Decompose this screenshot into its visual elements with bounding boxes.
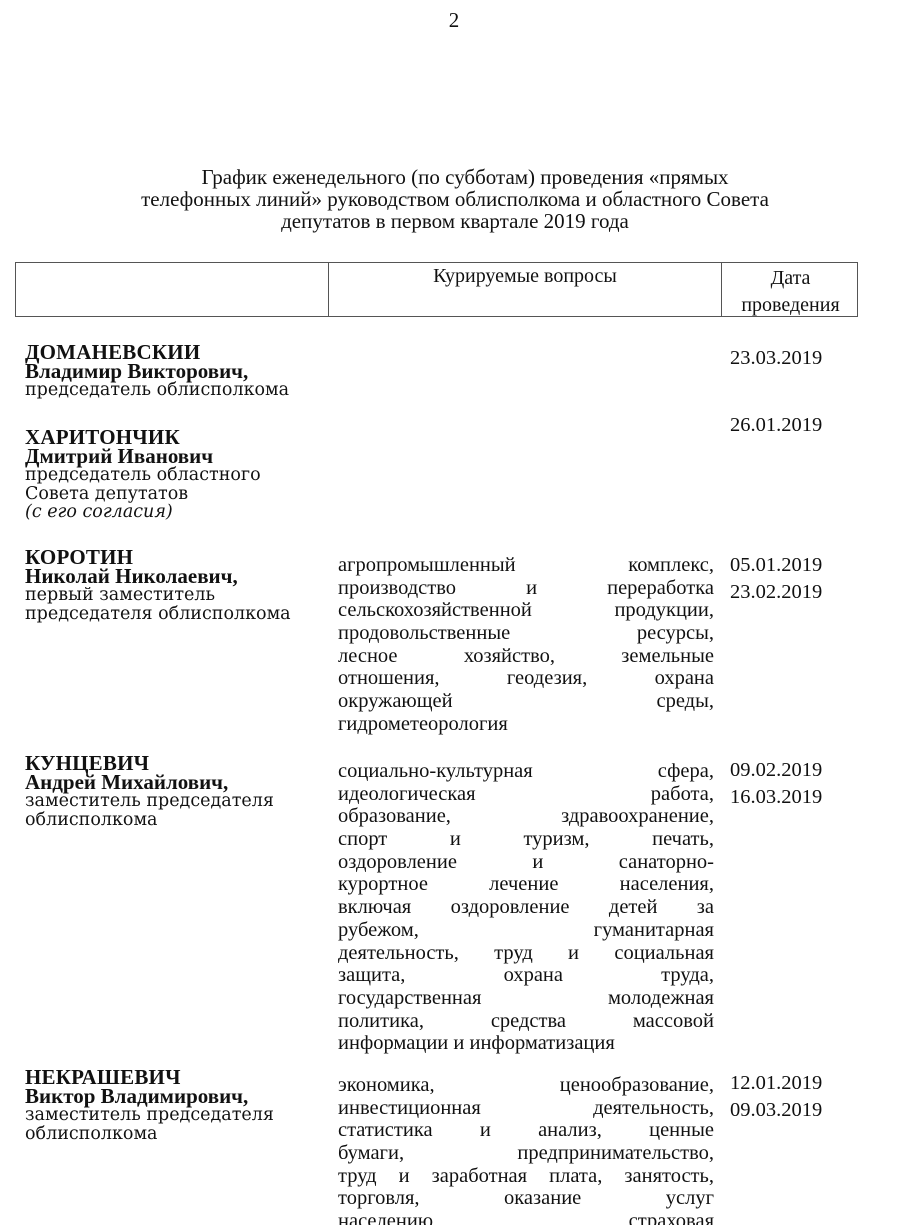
title-line-2: телефонных линий» руководством облисполк…: [60, 188, 850, 210]
official-given-name: Николай Николаевич,: [25, 567, 335, 586]
issues-line: экономика, ценообразование,: [338, 1074, 714, 1097]
issues-line: курортное лечение населения,: [338, 873, 714, 896]
hotline-date: 09.03.2019: [730, 1097, 860, 1124]
issues-line: статистика и анализ, ценные: [338, 1119, 714, 1142]
issues-line: спорт и туризм, печать,: [338, 828, 714, 851]
issues-line: политика, средства массовой: [338, 1010, 714, 1033]
issues-line: окружающей среды,: [338, 690, 714, 713]
hotline-date: 09.02.2019: [730, 757, 860, 784]
header-date: Дата проведения: [722, 265, 859, 319]
hotline-dates: 26.01.2019: [730, 412, 860, 439]
issues-line: гидрометеорология: [338, 713, 714, 736]
issues-line: продовольственные ресурсы,: [338, 622, 714, 645]
issues-line: защита, охрана труда,: [338, 964, 714, 987]
official-given-name: Андрей Михайлович,: [25, 773, 335, 792]
issues-line: образование, здравоохранение,: [338, 805, 714, 828]
official-info: КУНЦЕВИЧАндрей Михайлович,заместитель пр…: [25, 754, 335, 829]
official-info: КОРОТИННиколай Николаевич,первый замести…: [25, 548, 335, 623]
issues-line: населению, страховая: [338, 1210, 714, 1225]
header-date-line-1: Дата: [722, 265, 859, 292]
header-issues: Курируемые вопросы: [329, 265, 721, 288]
hotline-date: 05.01.2019: [730, 552, 860, 579]
supervised-issues: социально-культурная сфера,идеологическа…: [338, 760, 714, 1055]
header-date-line-2: проведения: [722, 292, 859, 319]
issues-line: рубежом, гуманитарная: [338, 919, 714, 942]
official-info: ДОМАНЕВСКИИВладимир Викторович,председат…: [25, 343, 335, 400]
official-role: заместитель председателя: [25, 1106, 335, 1125]
hotline-date: 26.01.2019: [730, 412, 860, 439]
official-role: председателя облисполкома: [25, 605, 335, 624]
issues-line: лесное хозяйство, земельные: [338, 645, 714, 668]
hotline-dates: 09.02.201916.03.2019: [730, 757, 860, 811]
official-role: заместитель председателя: [25, 792, 335, 811]
title-line-3: депутатов в первом квартале 2019 года: [60, 210, 850, 232]
supervised-issues: экономика, ценообразование,инвестиционна…: [338, 1074, 714, 1225]
hotline-dates: 12.01.201909.03.2019: [730, 1070, 860, 1124]
issues-line: деятельность, труд и социальная: [338, 942, 714, 965]
official-role: первый заместитель: [25, 586, 335, 605]
official-given-name: Владимир Викторович,: [25, 362, 335, 381]
issues-line: сельскохозяйственной продукции,: [338, 599, 714, 622]
official-info: ХАРИТОНЧИКДмитрий Ивановичпредседатель о…: [25, 428, 335, 522]
page-number: 2: [0, 8, 900, 33]
hotline-dates: 23.03.2019: [730, 345, 860, 372]
hotline-date: 16.03.2019: [730, 784, 860, 811]
official-given-name: Виктор Владимирович,: [25, 1087, 335, 1106]
issues-line: оздоровление и санаторно-: [338, 851, 714, 874]
official-note: (с его согласия): [25, 503, 335, 522]
issues-line: государственная молодежная: [338, 987, 714, 1010]
issues-line: идеологическая работа,: [338, 783, 714, 806]
issues-line: труд и заработная плата, занятость,: [338, 1165, 714, 1188]
hotline-date: 23.02.2019: [730, 579, 860, 606]
official-role: облисполкома: [25, 811, 335, 830]
hotline-dates: 05.01.201923.02.2019: [730, 552, 860, 606]
issues-line: включая оздоровление детей за: [338, 896, 714, 919]
title-line-1: График еженедельного (по субботам) прове…: [60, 166, 850, 188]
official-role: председатель областного: [25, 466, 335, 485]
document-title: График еженедельного (по субботам) прове…: [60, 166, 850, 232]
hotline-date: 12.01.2019: [730, 1070, 860, 1097]
issues-line: агропромышленный комплекс,: [338, 554, 714, 577]
issues-line: информации и информатизация: [338, 1032, 714, 1055]
issues-line: отношения, геодезия, охрана: [338, 667, 714, 690]
issues-line: торговля, оказание услуг: [338, 1187, 714, 1210]
official-info: НЕКРАШЕВИЧВиктор Владимирович,заместител…: [25, 1068, 335, 1143]
official-role: облисполкома: [25, 1125, 335, 1144]
official-role: Совета депутатов: [25, 485, 335, 504]
official-given-name: Дмитрий Иванович: [25, 447, 335, 466]
issues-line: производство и переработка: [338, 577, 714, 600]
official-role: председатель облисполкома: [25, 381, 335, 400]
issues-line: инвестиционная деятельность,: [338, 1097, 714, 1120]
issues-line: бумаги, предпринимательство,: [338, 1142, 714, 1165]
supervised-issues: агропромышленный комплекс,производство и…: [338, 554, 714, 736]
issues-line: социально-культурная сфера,: [338, 760, 714, 783]
hotline-date: 23.03.2019: [730, 345, 860, 372]
